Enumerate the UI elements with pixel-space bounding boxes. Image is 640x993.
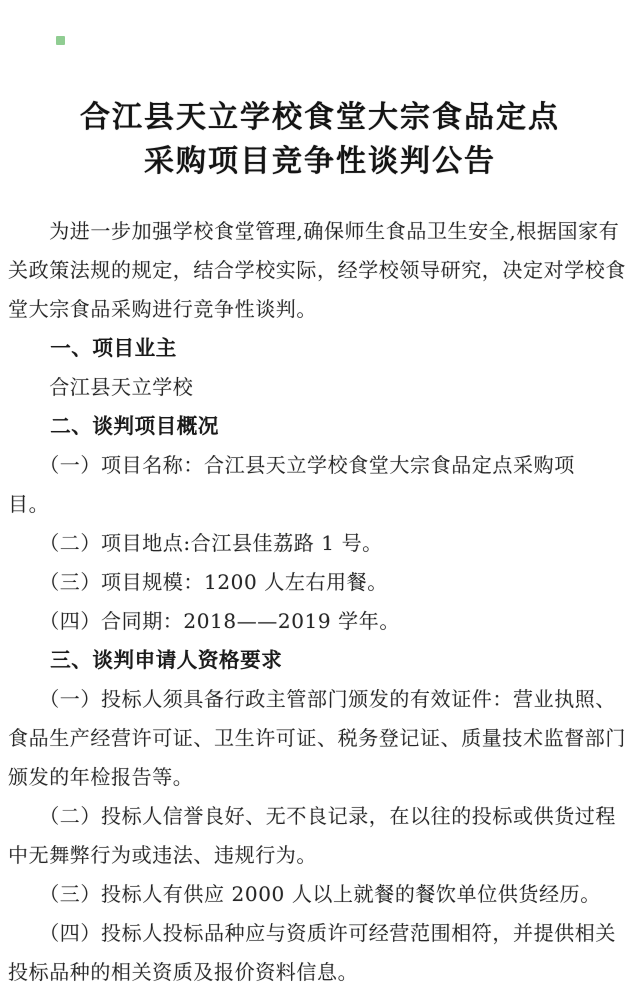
contract-period: （四）合同期：2018——2019 学年。 bbox=[8, 602, 634, 641]
section-3-heading: 三、谈判申请人资格要求 bbox=[8, 641, 634, 680]
qualification-2-line-1: （二）投标人信誉良好、无不良记录，在以往的投标或供货过程 bbox=[8, 797, 634, 836]
scanned-document-page: 合江县天立学校食堂大宗食品定点 采购项目竞争性谈判公告 为进一步加强学校食堂管理… bbox=[0, 0, 640, 993]
qualification-4-line-1: （四）投标人投标品种应与资质许可经营范围相符，并提供相关 bbox=[8, 914, 634, 953]
project-location: （二）项目地点:合江县佳荔路 1 号。 bbox=[8, 524, 634, 563]
intro-line-3: 堂大宗食品采购进行竞争性谈判。 bbox=[8, 290, 634, 329]
project-scale: （三）项目规模：1200 人左右用餐。 bbox=[8, 563, 634, 602]
document-title-line-1: 合江县天立学校食堂大宗食品定点 bbox=[0, 96, 640, 140]
intro-line-2: 关政策法规的规定，结合学校实际，经学校领导研究，决定对学校食 bbox=[8, 251, 634, 290]
qualification-4-line-2: 投标品种的相关资质及报价资料信息。 bbox=[8, 953, 634, 992]
intro-line-1: 为进一步加强学校食堂管理,确保师生食品卫生安全,根据国家有 bbox=[8, 212, 634, 251]
project-name-line-2: 目。 bbox=[8, 485, 634, 524]
section-1-heading: 一、项目业主 bbox=[8, 329, 634, 368]
qualification-3: （三）投标人有供应 2000 人以上就餐的餐饮单位供货经历。 bbox=[8, 875, 634, 914]
document-body: 为进一步加强学校食堂管理,确保师生食品卫生安全,根据国家有 关政策法规的规定，结… bbox=[0, 212, 640, 992]
document-title: 合江县天立学校食堂大宗食品定点 采购项目竞争性谈判公告 bbox=[0, 96, 640, 184]
qualification-1-line-1: （一）投标人须具备行政主管部门颁发的有效证件：营业执照、 bbox=[8, 680, 634, 719]
section-2-heading: 二、谈判项目概况 bbox=[8, 407, 634, 446]
project-name-line-1: （一）项目名称：合江县天立学校食堂大宗食品定点采购项 bbox=[8, 446, 634, 485]
scan-artifact-green-mark bbox=[56, 36, 65, 45]
section-1-owner: 合江县天立学校 bbox=[8, 368, 634, 407]
document-title-line-2: 采购项目竞争性谈判公告 bbox=[0, 140, 640, 184]
qualification-1-line-3: 颁发的年检报告等。 bbox=[8, 758, 634, 797]
qualification-2-line-2: 中无舞弊行为或违法、违规行为。 bbox=[8, 836, 634, 875]
qualification-1-line-2: 食品生产经营许可证、卫生许可证、税务登记证、质量技术监督部门 bbox=[8, 719, 634, 758]
